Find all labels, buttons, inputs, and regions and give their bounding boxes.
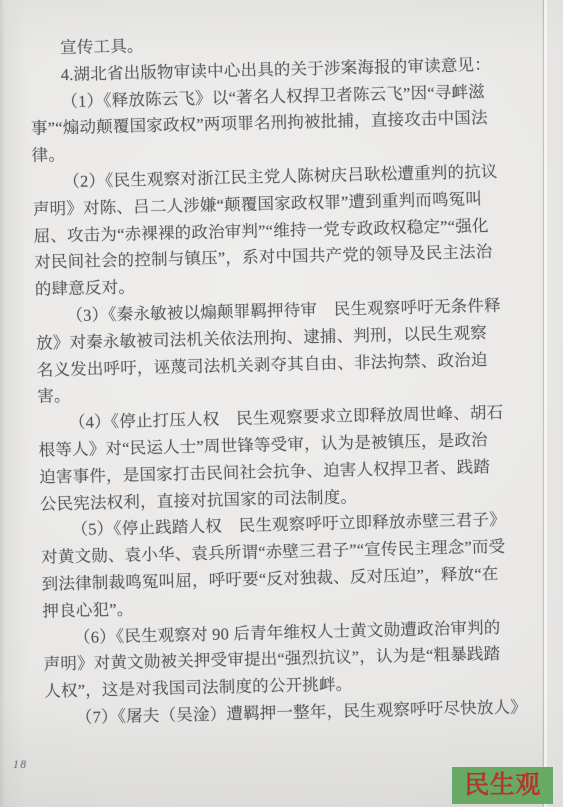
minsheng-watch-stamp: 民生观察 (452, 767, 553, 804)
document-photo: { "document": { "page_number": "18", "li… (0, 0, 563, 807)
backing-surface (547, 0, 563, 807)
page-number: 18 (13, 759, 28, 771)
document-text-block: 宣传工具。 4.湖北省出版物审读中心出具的关于涉案海报的审读意见： （1）《释放… (29, 24, 537, 732)
